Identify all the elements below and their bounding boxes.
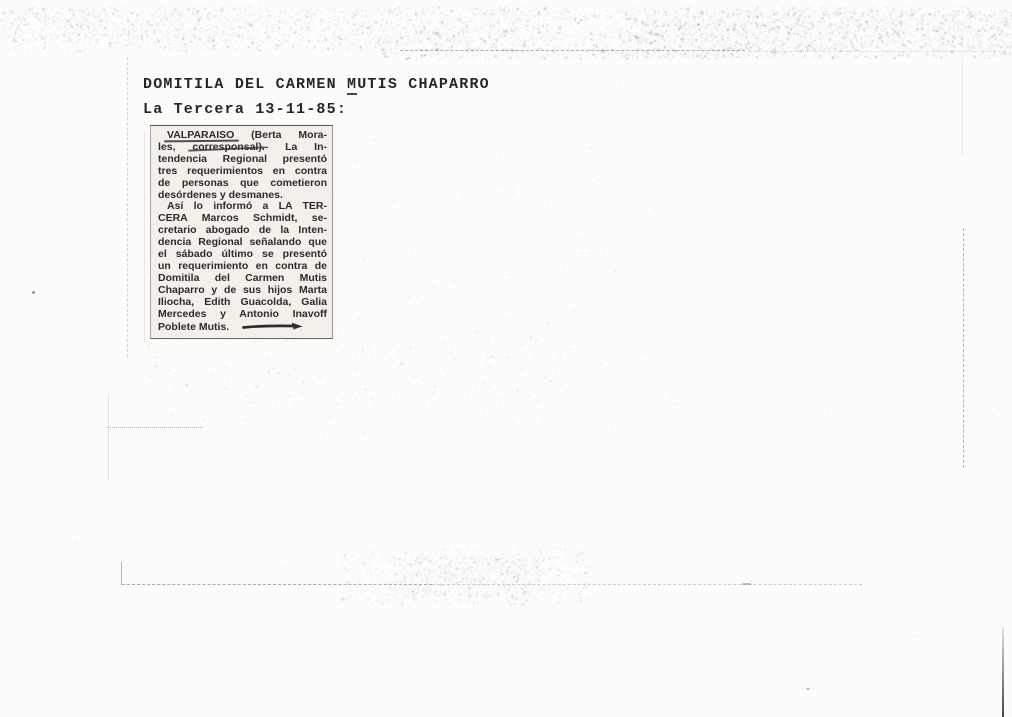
person-name-heading: DOMITILA DEL CARMEN MUTIS CHAPARRO: [143, 76, 490, 94]
scan-mark-stray-dot: [32, 291, 35, 294]
clipping-text-run: desórdenes y desmanes.: [158, 189, 283, 201]
scanned-document-page: DOMITILA DEL CARMEN MUTIS CHAPARRO La Te…: [0, 0, 1012, 717]
clipping-text-run: el sábado último se presentó: [158, 248, 327, 260]
person-name-underlined-letter: M: [347, 76, 357, 95]
struck-text: corresponsal: [192, 141, 258, 153]
scan-mark-right-dotted-line: [962, 60, 963, 155]
clipping-text: VALPARAISO (Berta Mora-les, corresponsal…: [158, 130, 327, 333]
scan-mark-stray-smudge: [742, 583, 751, 585]
clipping-line: Mercedes y Antonio Inavoff: [158, 309, 327, 321]
clipping-text-run: Chaparro y de sus hijos Marta: [158, 284, 327, 296]
person-name-prefix: DOMITILA DEL CARMEN: [143, 76, 347, 93]
scan-mark-right-dashed-line: [963, 228, 964, 468]
scan-mark-bottom-left-corner: [121, 562, 122, 585]
scan-mark-left-dotted-line: [108, 395, 109, 480]
person-name-suffix: UTIS CHAPARRO: [357, 76, 490, 93]
clipping-text-run: dencia Regional señalando que: [158, 236, 327, 248]
newspaper-clipping: VALPARAISO (Berta Mora-les, corresponsal…: [150, 125, 333, 339]
clipping-text-run: ).- La In-: [258, 141, 327, 153]
scan-mark-top-dotted-line: [748, 51, 1006, 52]
scan-mark-mid-dotted-line: [107, 427, 203, 428]
clipping-text-run: tres requerimientos en contra: [158, 165, 327, 177]
scan-mark-stray-speck: [806, 688, 810, 690]
typewritten-header: DOMITILA DEL CARMEN MUTIS CHAPARRO La Te…: [143, 76, 490, 119]
scan-mark-bottom-edge-line-2: [432, 584, 862, 585]
clipping-text-run: Poblete Mutis.: [158, 321, 229, 333]
clipping-line: Poblete Mutis.: [158, 321, 327, 334]
clipping-text-run: Iliocha, Edith Guacolda, Galia: [158, 296, 327, 308]
source-date-heading: La Tercera 13-11-85:: [143, 101, 490, 119]
scan-mark-bottom-edge-line: [122, 584, 432, 585]
scan-mark-left-dashed-line: [127, 57, 128, 357]
clipping-text-run: CERA Marcos Schmidt, se-: [158, 212, 327, 224]
clipping-text-run: (Berta Mora-: [234, 129, 327, 141]
scan-mark-right-page-edge: [1002, 627, 1004, 717]
clipping-text-run: un requerimiento en contra de: [158, 260, 327, 272]
clipping-text-run: Mercedes y Antonio Inavoff: [158, 308, 327, 320]
clipping-text-run: de personas que cometieron: [158, 177, 327, 189]
clipping-text-run: cretario abogado de la Inten-: [158, 224, 327, 236]
clipping-text-run: Domitila del Carmen Mutis: [158, 272, 327, 284]
hand-drawn-arrow-icon: [242, 321, 304, 334]
scan-mark-clipping-edge-dots: [144, 132, 145, 342]
clipping-text-run: Así lo informó a LA TER-: [167, 200, 327, 212]
scan-mark-top-dashed-line: [400, 50, 745, 51]
clipping-text-run: tendencia Regional presentó: [158, 153, 327, 165]
underlined-text: VALPARAISO: [167, 129, 234, 141]
